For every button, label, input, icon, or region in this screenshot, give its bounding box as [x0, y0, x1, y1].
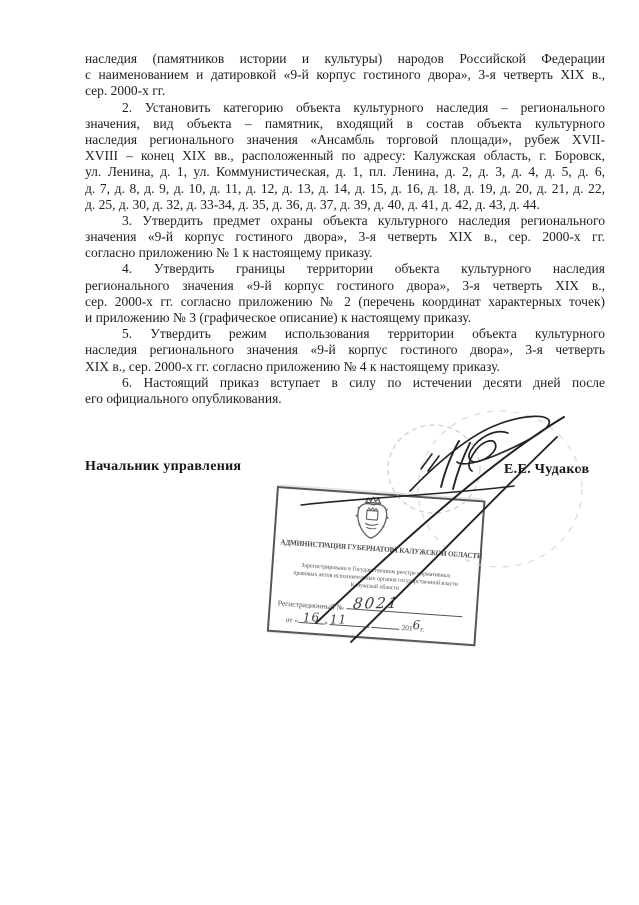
text-line: сер. 2000-х гг. [85, 83, 605, 99]
text-line: 3. Утвердить предмет охраны объекта куль… [85, 213, 605, 229]
kaluga-coat-of-arms-icon [347, 493, 396, 542]
handwritten-year-digit: 6 [413, 618, 421, 632]
text-line: значения, вид объекта – памятник, входящ… [85, 116, 605, 132]
date-prefix: от « [285, 615, 298, 625]
text-line: ул. Ленина, д. 1, ул. Коммунистическая, … [85, 164, 605, 180]
text-line: регионального значения «9-й корпус гости… [85, 278, 605, 294]
text-line: наследия регионального значения «9-й кор… [85, 342, 605, 358]
date-close-quote: » [324, 618, 328, 627]
text-line: 4. Утвердить границы территории объекта … [85, 261, 605, 277]
signer-name: Е.Е. Чудаков [504, 462, 589, 478]
text-line: 5. Утвердить режим использования террито… [85, 326, 605, 342]
registration-number-field: 8021 [347, 596, 464, 617]
handwritten-day: 16 [303, 611, 320, 625]
text-line: XVIII – конец XIX вв., расположенный по … [85, 148, 605, 164]
paragraph: 5. Утвердить режим использования террито… [85, 326, 605, 375]
date-year-printed: 201 [401, 623, 413, 633]
text-line: с наименованием и датировкой «9-й корпус… [85, 67, 605, 83]
text-line: наследия (памятников истории и культуры)… [85, 51, 605, 67]
text-line: сер. 2000-х гг. согласно приложению № 2 … [85, 294, 605, 310]
date-day-field: 16 [298, 612, 325, 625]
paragraph: 2. Установить категорию объекта культурн… [85, 100, 605, 213]
text-line: согласно приложению № 1 к настоящему при… [85, 245, 605, 261]
registration-stamp: АДМИНИСТРАЦИЯ ГУБЕРНАТОРА КАЛУЖСКОЙ ОБЛА… [267, 486, 486, 646]
text-line: д. 7, д. 8, д. 9, д. 10, д. 11, д. 12, д… [85, 181, 605, 197]
text-line: его официального опубликования. [85, 391, 605, 407]
paragraph: 4. Утвердить границы территории объекта … [85, 261, 605, 326]
text-line: 6. Настоящий приказ вступает в силу по и… [85, 375, 605, 391]
handwritten-month: 11 [330, 613, 347, 627]
text-line: наследия регионального значения «Ансамбл… [85, 132, 605, 148]
signer-position-title: Начальник управления [85, 459, 241, 475]
date-month-field: 11 [330, 614, 371, 628]
text-line: д. 25, д. 30, д. 32, д. 33-34, д. 35, д.… [85, 197, 605, 213]
text-line: 2. Установить категорию объекта культурн… [85, 100, 605, 116]
document-body: наследия (памятников истории и культуры)… [85, 51, 605, 407]
paragraph: 6. Настоящий приказ вступает в силу по и… [85, 375, 605, 407]
text-line: и приложению № 3 (графическое описание) … [85, 310, 605, 326]
text-line: XIX в., сер. 2000-х гг. согласно приложе… [85, 359, 605, 375]
handwritten-registration-number: 8021 [352, 594, 400, 613]
document-page: наследия (памятников истории и культуры)… [0, 0, 639, 905]
date-extra-underline [372, 617, 401, 630]
paragraph: 3. Утвердить предмет охраны объекта куль… [85, 213, 605, 262]
paragraph: наследия (памятников истории и культуры)… [85, 51, 605, 100]
text-line: значения «9-й корпус гостиного двора», 3… [85, 229, 605, 245]
